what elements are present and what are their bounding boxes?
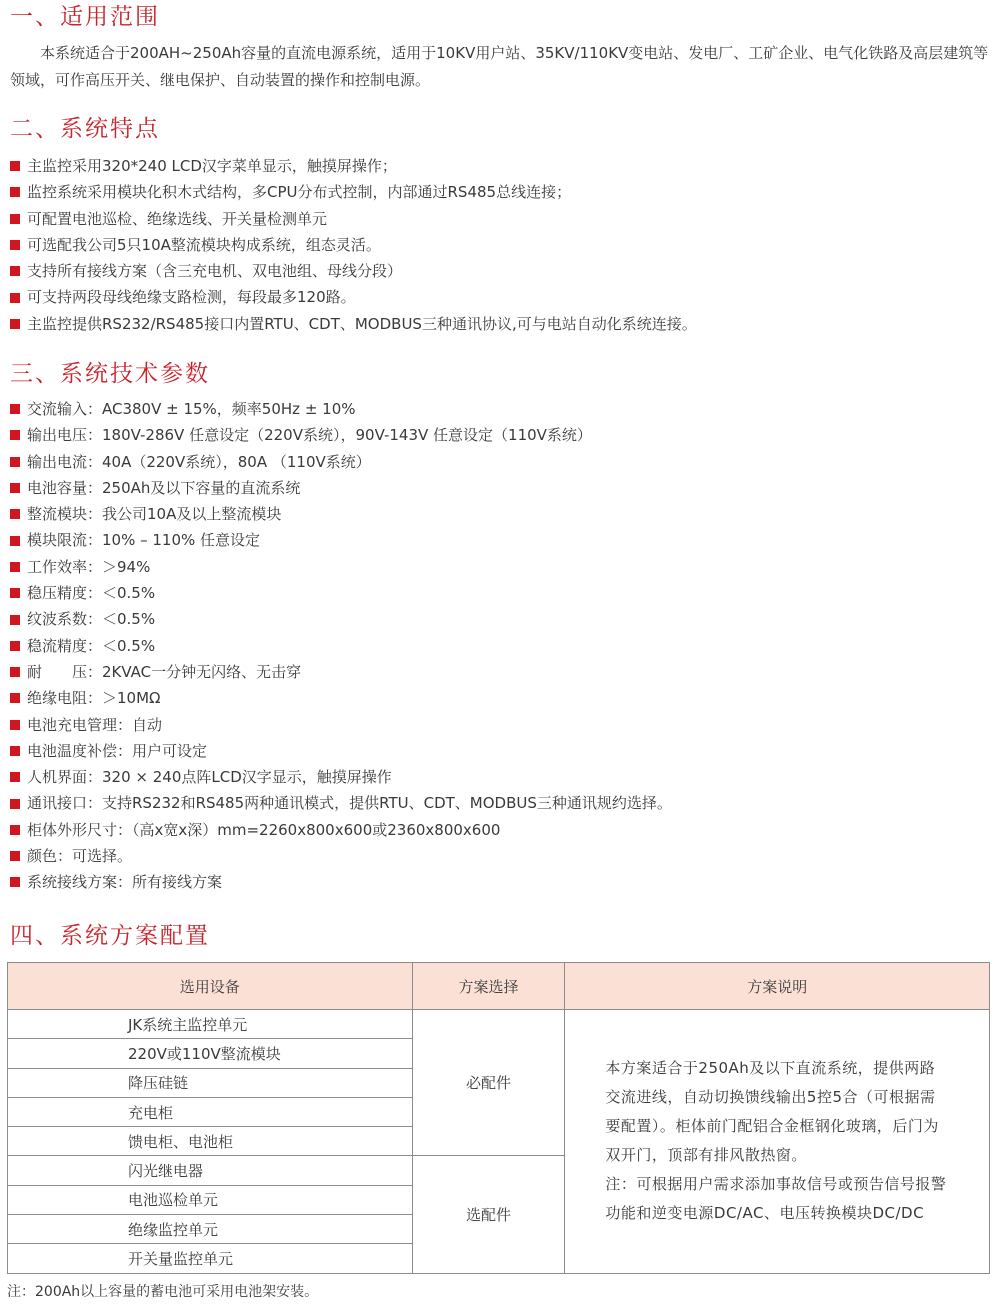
list-item: 颜色：可选择。 <box>10 843 672 869</box>
section-title-config: 四、系统方案配置 <box>10 921 210 951</box>
section-title-scope: 一、适用范围 <box>10 2 160 32</box>
list-item: 可配置电池巡检、绝缘选线、开关量检测单元 <box>10 206 697 232</box>
list-item: 主监控采用320*240 LCD汉字菜单显示，触摸屏操作； <box>10 153 697 179</box>
list-item: 稳流精度：＜0.5% <box>10 633 672 659</box>
square-bullet-icon <box>10 746 20 756</box>
square-bullet-icon <box>10 266 20 276</box>
square-bullet-icon <box>10 851 20 861</box>
square-bullet-icon <box>10 187 20 197</box>
list-item: 输出电流：40A（220V系统），80A （110V系统） <box>10 449 672 475</box>
list-item: 柜体外形尺寸：（高x宽x深）mm=2260x800x600或2360x800x6… <box>10 817 672 843</box>
header-choice: 方案选择 <box>412 963 565 1010</box>
description-cell: 本方案适合于250Ah及以下直流系统，提供两路交流进线，自动切换馈线输出5控5合… <box>565 1010 990 1274</box>
list-item: 监控系统采用模块化积木式结构，多CPU分布式控制，内部通过RS485总线连接； <box>10 179 697 205</box>
list-item: 主监控提供RS232/RS485接口内置RTU、CDT、MODBUS三种通讯协议… <box>10 311 697 337</box>
device-cell: 开关量监控单元 <box>8 1244 413 1273</box>
features-list: 主监控采用320*240 LCD汉字菜单显示，触摸屏操作； 监控系统采用模块化积… <box>10 153 697 337</box>
square-bullet-icon <box>10 430 20 440</box>
list-item: 支持所有接线方案（含三充电机、双电池组、母线分段） <box>10 258 697 284</box>
list-item: 输出电压：180V-286V 任意设定（220V系统），90V-143V 任意设… <box>10 422 672 448</box>
square-bullet-icon <box>10 457 20 467</box>
description-note: 注：可根据用户需求添加事故信号或预告信号报警功能和逆变电源DC/AC、电压转换模… <box>605 1170 949 1228</box>
scope-text: 本系统适合于200AH~250Ah容量的直流电源系统，适用于10KV用户站、35… <box>10 44 988 89</box>
list-item: 绝缘电阻：＞10MΩ <box>10 685 672 711</box>
device-cell: 绝缘监控单元 <box>8 1215 413 1244</box>
list-item: 纹波系数：＜0.5% <box>10 606 672 632</box>
square-bullet-icon <box>10 161 20 171</box>
device-cell: 电池巡检单元 <box>8 1185 413 1214</box>
square-bullet-icon <box>10 667 20 677</box>
square-bullet-icon <box>10 562 20 572</box>
square-bullet-icon <box>10 799 20 809</box>
device-cell: 闪光继电器 <box>8 1156 413 1185</box>
square-bullet-icon <box>10 615 20 625</box>
list-item: 电池温度补偿：用户可设定 <box>10 738 672 764</box>
square-bullet-icon <box>10 483 20 493</box>
section-title-params: 三、系统技术参数 <box>10 359 210 389</box>
square-bullet-icon <box>10 588 20 598</box>
list-item: 交流输入：AC380V ± 15%，频率50Hz ± 10% <box>10 396 672 422</box>
section-title-features: 二、系统特点 <box>10 114 160 144</box>
list-item: 耐 压：2KVAC一分钟无闪络、无击穿 <box>10 659 672 685</box>
footnote: 注：200Ah以上容量的蓄电池可采用电池架安装。 <box>7 1281 318 1303</box>
square-bullet-icon <box>10 825 20 835</box>
square-bullet-icon <box>10 720 20 730</box>
square-bullet-icon <box>10 641 20 651</box>
config-table: 选用设备 方案选择 方案说明 JK系统主监控单元 必配件 本方案适合于250Ah… <box>7 962 990 1274</box>
header-description: 方案说明 <box>565 963 990 1010</box>
scope-paragraph: 本系统适合于200AH~250Ah容量的直流电源系统，适用于10KV用户站、35… <box>10 40 995 94</box>
list-item: 整流模块：我公司10A及以上整流模块 <box>10 501 672 527</box>
choice-required: 必配件 <box>412 1010 565 1156</box>
device-cell: 馈电柜、电池柜 <box>8 1127 413 1156</box>
list-item: 工作效率：＞94% <box>10 554 672 580</box>
square-bullet-icon <box>10 772 20 782</box>
square-bullet-icon <box>10 319 20 329</box>
list-item: 电池充电管理：自动 <box>10 712 672 738</box>
list-item: 可支持两段母线绝缘支路检测，每段最多120路。 <box>10 284 697 310</box>
square-bullet-icon <box>10 509 20 519</box>
list-item: 稳压精度：＜0.5% <box>10 580 672 606</box>
device-cell: 充电柜 <box>8 1097 413 1126</box>
list-item: 通讯接口：支持RS232和RS485两种通讯模式，提供RTU、CDT、MODBU… <box>10 790 672 816</box>
list-item: 可选配我公司5只10A整流模块构成系统，组态灵活。 <box>10 232 697 258</box>
header-device: 选用设备 <box>8 963 413 1010</box>
square-bullet-icon <box>10 404 20 414</box>
list-item: 人机界面：320 × 240点阵LCD汉字显示，触摸屏操作 <box>10 764 672 790</box>
list-item: 系统接线方案：所有接线方案 <box>10 869 672 895</box>
device-cell: 降压硅链 <box>8 1068 413 1097</box>
square-bullet-icon <box>10 693 20 703</box>
choice-optional: 选配件 <box>412 1156 565 1273</box>
square-bullet-icon <box>10 240 20 250</box>
params-list: 交流输入：AC380V ± 15%，频率50Hz ± 10% 输出电压：180V… <box>10 396 672 896</box>
description-text: 本方案适合于250Ah及以下直流系统，提供两路交流进线，自动切换馈线输出5控5合… <box>605 1054 949 1170</box>
table-header-row: 选用设备 方案选择 方案说明 <box>8 963 990 1010</box>
device-cell: 220V或110V整流模块 <box>8 1039 413 1068</box>
square-bullet-icon <box>10 877 20 887</box>
device-cell: JK系统主监控单元 <box>8 1010 413 1039</box>
square-bullet-icon <box>10 293 20 303</box>
square-bullet-icon <box>10 214 20 224</box>
table-row: JK系统主监控单元 必配件 本方案适合于250Ah及以下直流系统，提供两路交流进… <box>8 1010 990 1039</box>
list-item: 电池容量：250Ah及以下容量的直流系统 <box>10 475 672 501</box>
square-bullet-icon <box>10 536 20 546</box>
list-item: 模块限流：10% – 110% 任意设定 <box>10 527 672 553</box>
